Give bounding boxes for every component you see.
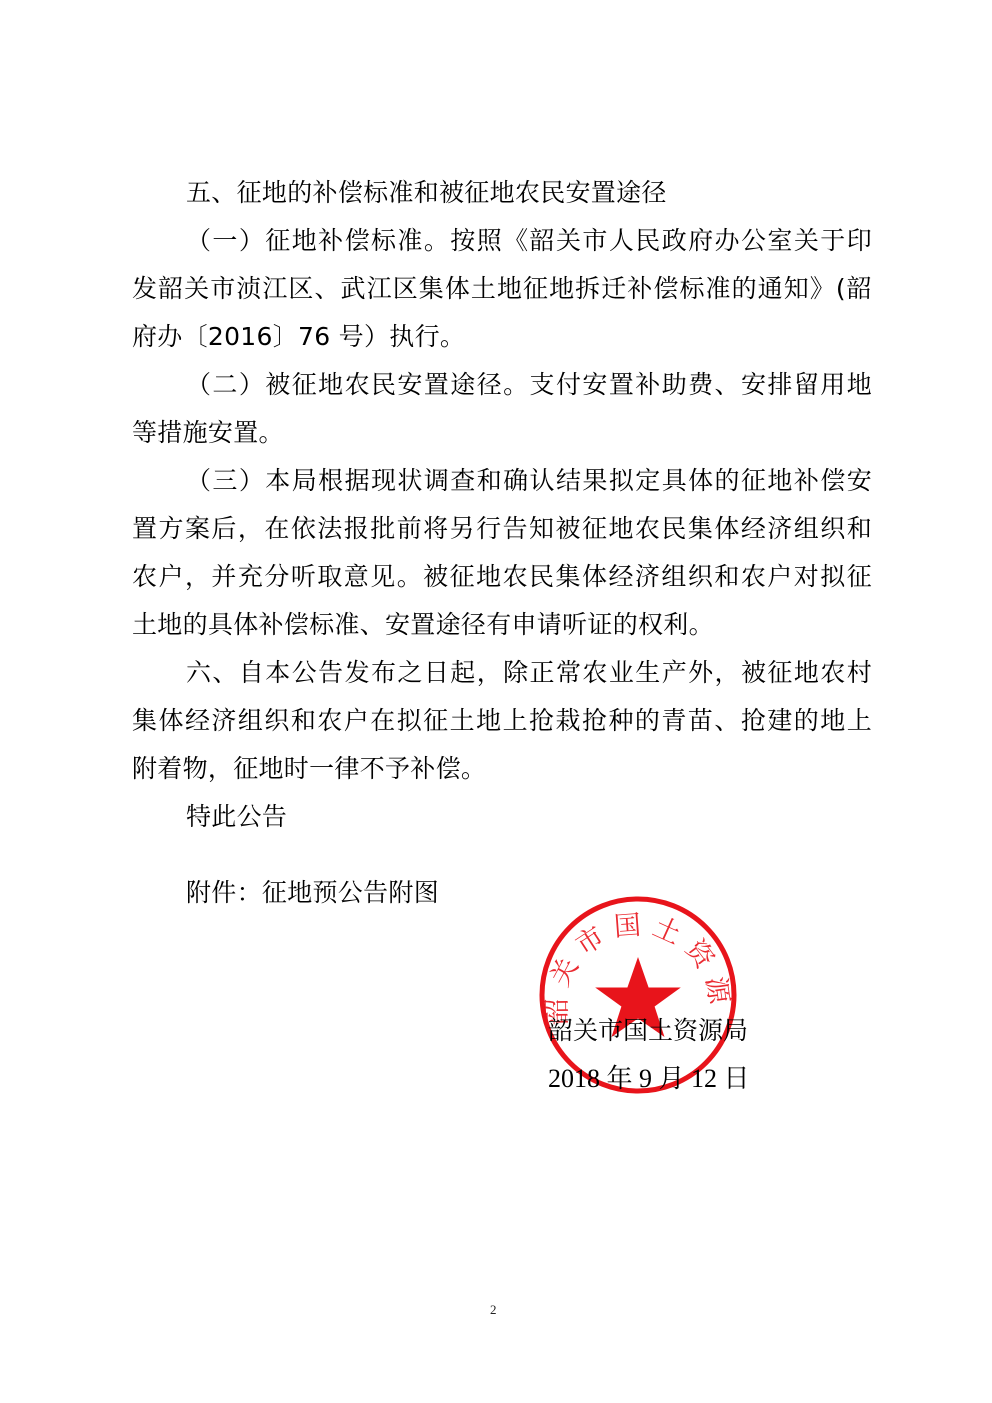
item-1-line-1: （一）征地补偿标准。按照《韶关市人民政府办公室关于印 <box>186 226 872 256</box>
item-1-line-3: 府办〔2016〕76 号）执行。 <box>132 322 872 352</box>
signature-organization: 韶关市国土资源局 <box>548 1016 748 1046</box>
page-number: 2 <box>490 1302 497 1318</box>
document-page: 五、征地的补偿标准和被征地农民安置途径 （一）征地补偿标准。按照《韶关市人民政府… <box>0 0 992 1403</box>
attachment-text: 附件：征地预公告附图 <box>186 878 872 908</box>
item-3-line-3: 农户，并充分听取意见。被征地农民集体经济组织和农户对拟征 <box>132 562 872 592</box>
section-6-line-1: 六、自本公告发布之日起，除正常农业生产外，被征地农村 <box>186 658 872 688</box>
section-6-line-2: 集体经济组织和农户在拟征土地上抢栽抢种的青苗、抢建的地上 <box>132 706 872 736</box>
section-5-heading: 五、征地的补偿标准和被征地农民安置途径 <box>186 178 872 208</box>
item-1-line-2: 发韶关市浈江区、武江区集体土地征地拆迁补偿标准的通知》(韶 <box>132 274 872 304</box>
item-2-line-2: 等措施安置。 <box>132 418 872 448</box>
section-6-line-3: 附着物，征地时一律不予补偿。 <box>132 754 872 784</box>
signature-date: 2018 年 9 月 12 日 <box>548 1064 750 1094</box>
item-3-line-1: （三）本局根据现状调查和确认结果拟定具体的征地补偿安 <box>186 466 872 496</box>
item-2-line-1: （二）被征地农民安置途径。支付安置补助费、安排留用地 <box>186 370 872 400</box>
closing-text: 特此公告 <box>186 802 872 832</box>
item-3-line-4: 土地的具体补偿标准、安置途径有申请听证的权利。 <box>132 610 872 640</box>
item-3-line-2: 置方案后，在依法报批前将另行告知被征地农民集体经济组织和 <box>132 514 872 544</box>
